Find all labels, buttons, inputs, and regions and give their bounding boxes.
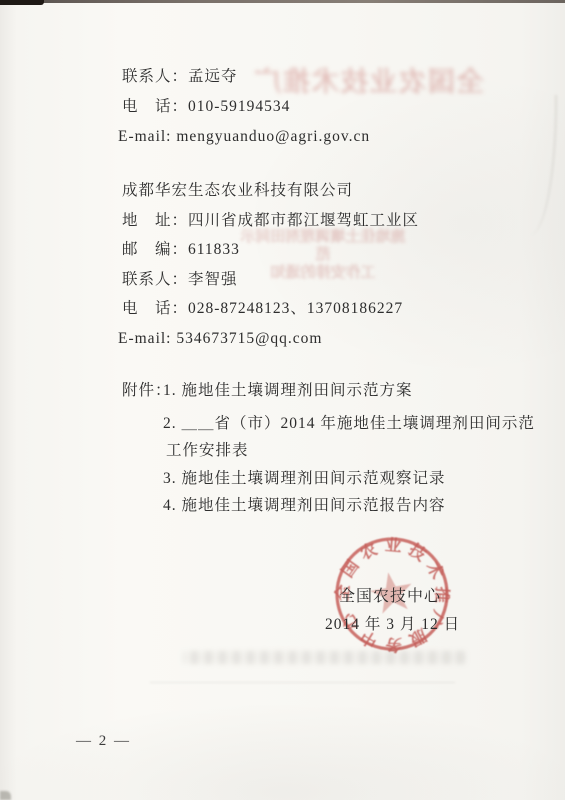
company-name-line: 成都华宏生态农业科技有限公司 xyxy=(122,176,419,206)
company-postcode-line: 邮 编：611833 xyxy=(122,235,419,265)
issuer-name: 全国农技中心 xyxy=(339,583,441,606)
company-phone-line: 电 话：028-87248123、13708186227 xyxy=(122,294,419,324)
company-contact-line: 联系人：李智强 xyxy=(122,265,419,295)
bleedthrough-rule-line xyxy=(150,682,455,683)
issue-date: 2014 年 3 月 12 日 xyxy=(325,612,460,634)
company-email-line: E-mail: 534673715@qq.com xyxy=(118,324,419,354)
contact-block-agritech-center: 联系人：孟远夺 电 话：010-59194534 E-mail: mengyua… xyxy=(122,62,370,152)
bleedthrough-smudge-band xyxy=(183,651,465,664)
contact-email-line: E-mail: mengyuanduo@agri.gov.cn xyxy=(118,122,370,152)
scanned-document-page: 全国农业技术推广 施地佳土壤调理剂田间示范 工作安排的通知 联系人：孟远夺 电 … xyxy=(0,0,565,800)
attachment-item-1: 1. 施地佳土壤调理剂田间示范方案 xyxy=(122,377,535,405)
scan-corner-mark xyxy=(0,791,11,800)
attachments-label: 附件： xyxy=(122,377,172,405)
company-address-line: 地 址：四川省成都市都江堰驾虹工业区 xyxy=(122,206,419,236)
scan-edge-top-left-mark xyxy=(0,0,44,5)
attachment-item-2-line-2: 工作安排表 xyxy=(122,437,535,465)
paper-curl-shadow xyxy=(527,95,557,235)
contact-person-line: 联系人：孟远夺 xyxy=(122,62,370,92)
attachment-item-4: 4. 施地佳土壤调理剂田间示范报告内容 xyxy=(122,492,535,520)
attachments-section: 附件： 1. 施地佳土壤调理剂田间示范方案 2. ＿＿省（市）2014 年施地佳… xyxy=(122,377,535,520)
page-number: — 2 — xyxy=(76,733,131,750)
scan-edge-top xyxy=(0,0,565,3)
contact-phone-line: 电 话：010-59194534 xyxy=(122,92,370,122)
attachment-item-3: 3. 施地佳土壤调理剂田间示范观察记录 xyxy=(122,465,535,493)
attachment-item-2-line-1: 2. ＿＿省（市）2014 年施地佳土壤调理剂田间示范 xyxy=(122,410,535,438)
company-block: 成都华宏生态农业科技有限公司 地 址：四川省成都市都江堰驾虹工业区 邮 编：61… xyxy=(122,176,419,353)
